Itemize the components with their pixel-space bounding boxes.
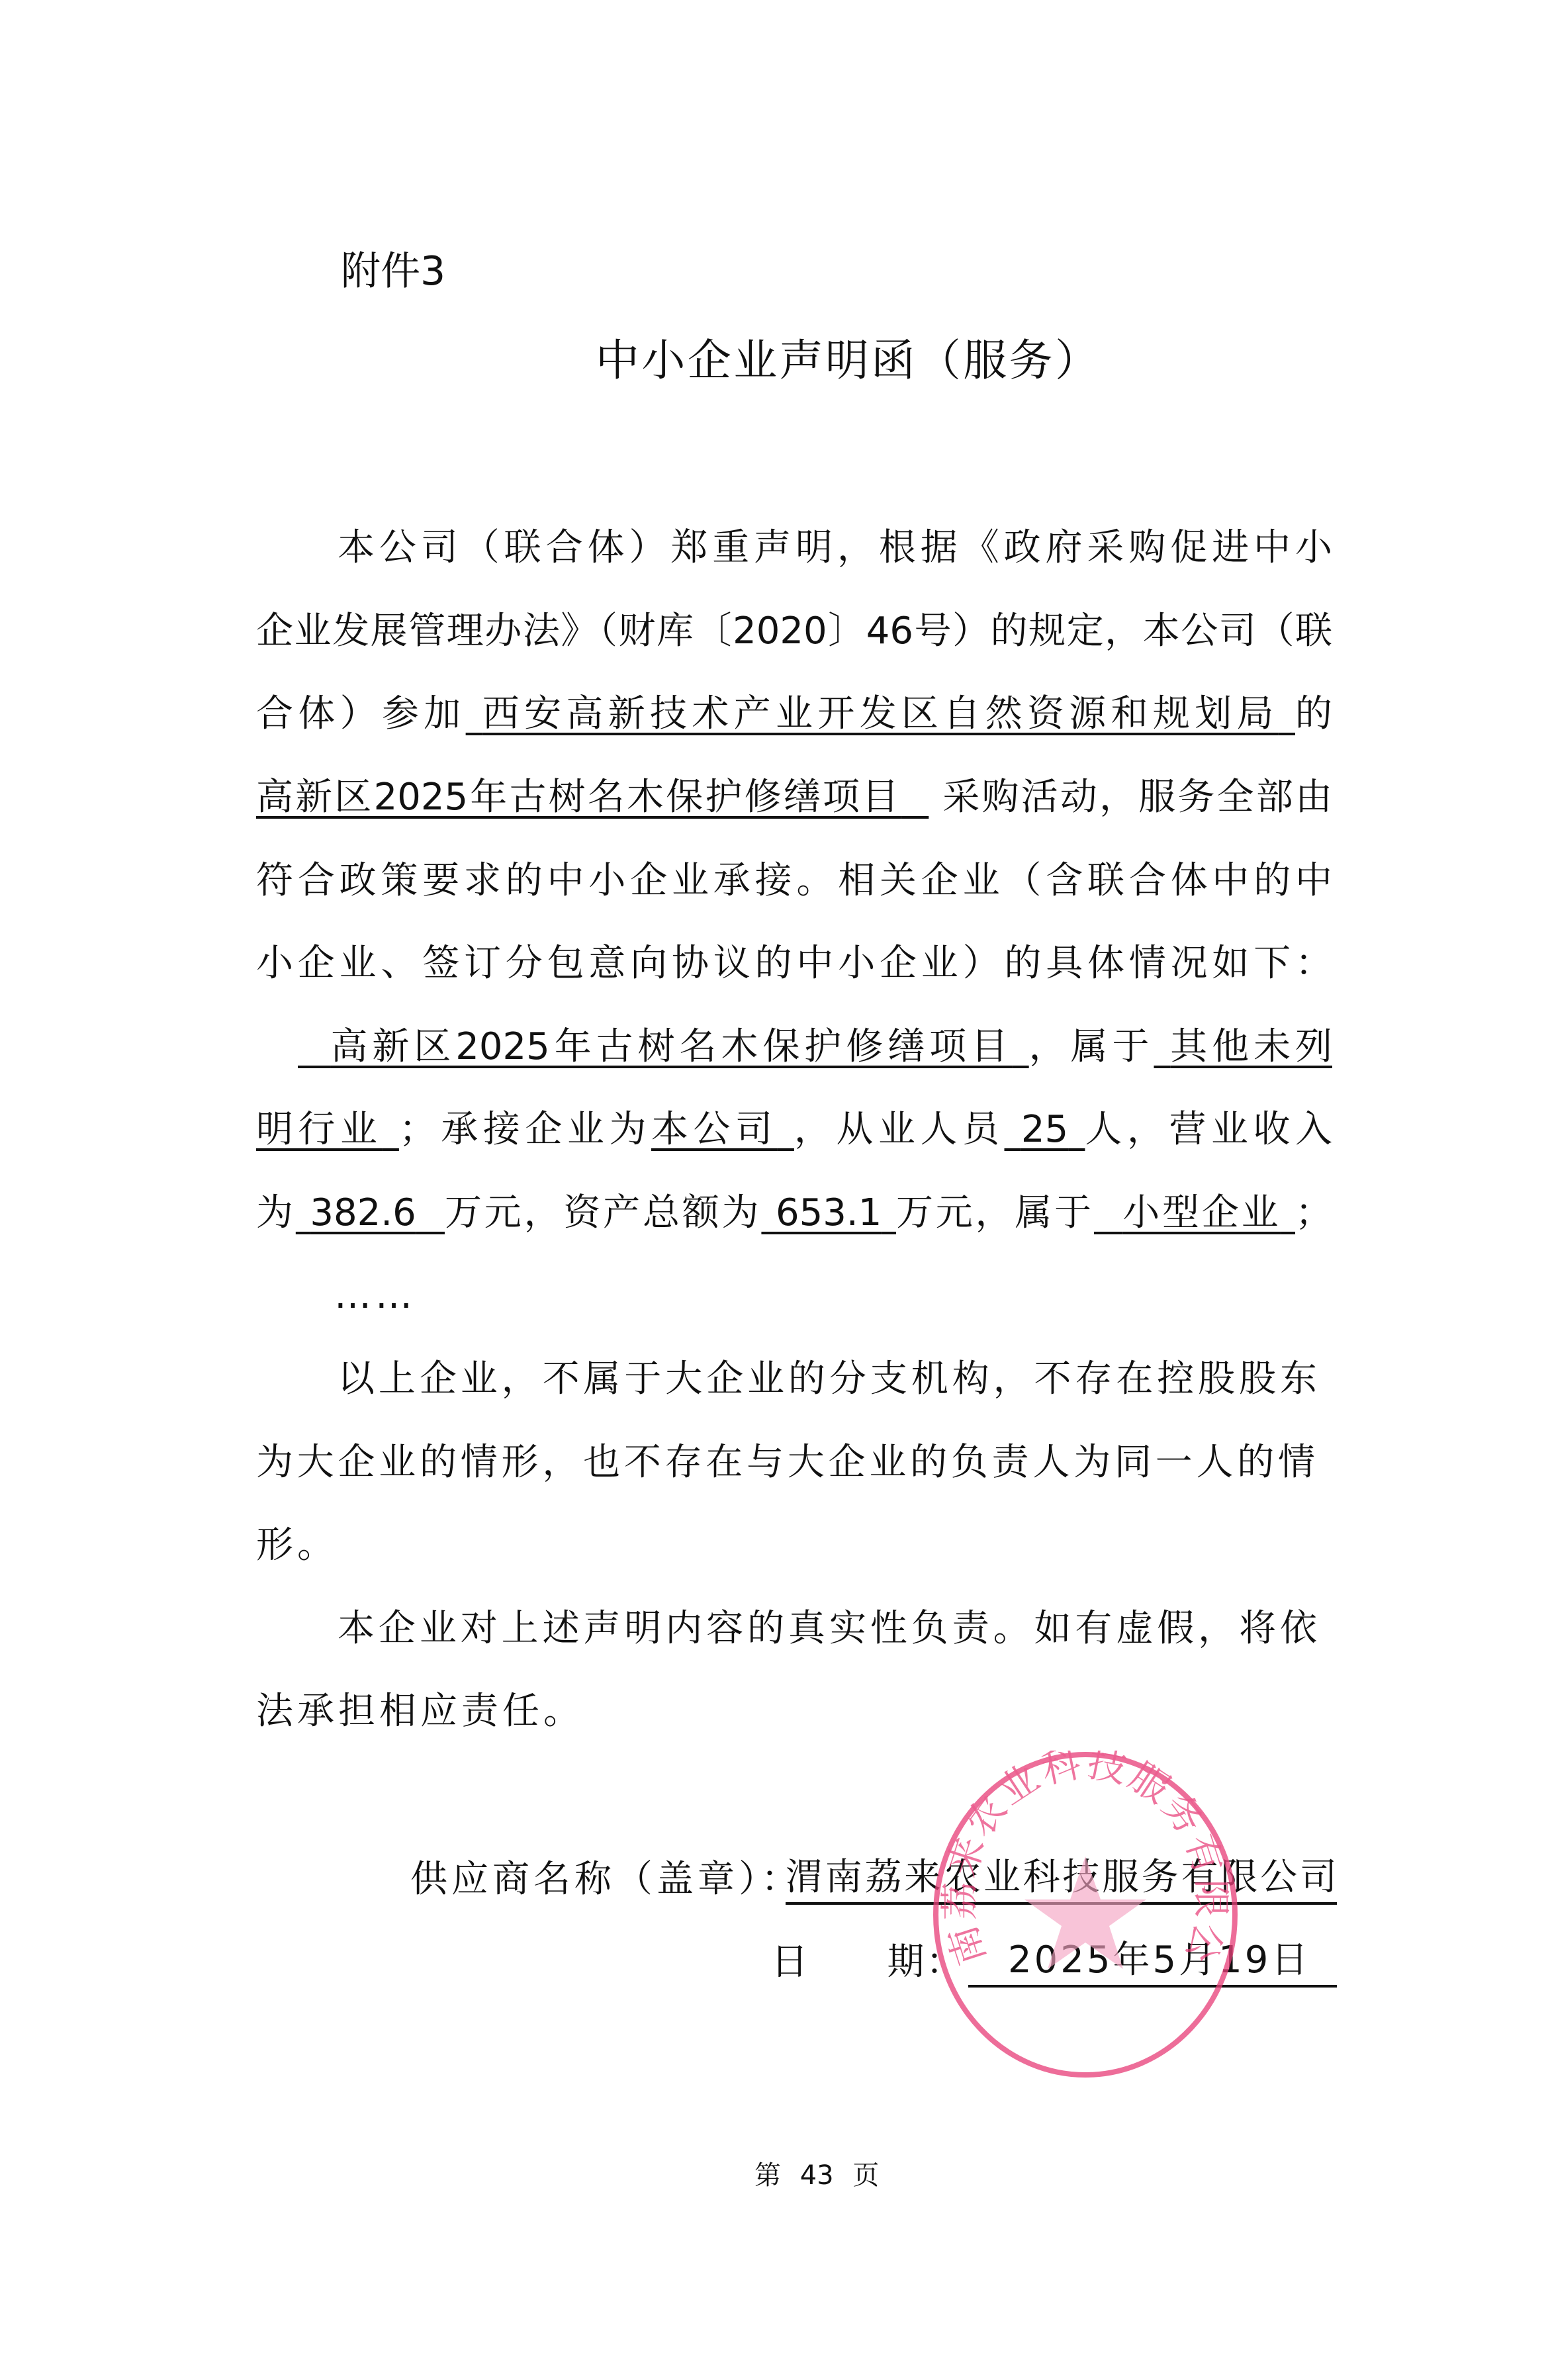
supplier-row: 供应商名称（盖章）： 渭南荔来农业科技服务有限公司 <box>0 1853 1546 1906</box>
company-seal-stamp: 渭南荔来农业科技服务有限公司 <box>930 1751 1241 2082</box>
text: 人，营业收入 <box>1085 1108 1332 1151</box>
industry-field: 其他未列 <box>1154 1025 1332 1068</box>
text: ； <box>1295 1191 1332 1234</box>
revenue-value: 382.6 <box>310 1191 416 1234</box>
text: ，从业人员 <box>794 1108 1005 1151</box>
annex-label: 附件3 <box>341 248 445 295</box>
date-value: 2025年5月19日 <box>968 1936 1337 1988</box>
industry-value: 其他未列 <box>1170 1025 1332 1068</box>
text: ；承接企业为 <box>399 1108 651 1151</box>
date-label: 日 期： <box>771 1936 963 1989</box>
contractor-field: 本公司 <box>651 1108 794 1151</box>
paragraph-1-line-1: 本公司（联合体）郑重声明，根据《政府采购促进中小 <box>338 522 1332 574</box>
project-name: 高新区2025年古树名木保护修缮项目 <box>256 776 901 819</box>
paragraph-3-line-1: 以上企业，不属于大企业的分支机构，不存在控股股东 <box>338 1353 1317 1406</box>
contractor-value: 本公司 <box>651 1108 778 1151</box>
paragraph-3-line-2: 为大企业的情形，也不存在与大企业的负责人为同一人的情 <box>256 1436 1315 1489</box>
project-name: 高新区2025年古树名木保护修缮项目 <box>330 1025 1012 1068</box>
paragraph-4-line-1: 本企业对上述声明内容的真实性负责。如有虚假，将依 <box>338 1602 1317 1655</box>
document-page: 附件3 中小企业声明函（服务） 本公司（联合体）郑重声明，根据《政府采购促进中小… <box>0 0 1546 2380</box>
text: 为 <box>256 1191 296 1234</box>
paragraph-1-line-5: 符合政策要求的中小企业承接。相关企业（含联合体中的中 <box>256 854 1332 907</box>
purchaser-name-field: 西安高新技术产业开发区自然资源和规划局 <box>466 692 1295 735</box>
enterprise-type-value: 小型企业 <box>1122 1191 1281 1234</box>
paragraph-2-line-2: 明行业 ；承接企业为本公司 ，从业人员 25 人，营业收入 <box>256 1103 1332 1156</box>
paragraph-2-line-1: 高新区2025年古树名木保护修缮项目 ，属于 其他未列 <box>298 1021 1332 1074</box>
page-title: 中小企业声明函（服务） <box>596 334 1099 387</box>
paragraph-1-line-2: 企业发展管理办法》（财库〔2020〕46号）的规定，本公司（联 <box>256 605 1332 658</box>
text: 万元，资产总额为 <box>445 1191 761 1234</box>
paragraph-4-line-2: 法承担相应责任。 <box>256 1685 1332 1738</box>
text: 的 <box>1295 692 1332 735</box>
employees-field: 25 <box>1005 1108 1085 1151</box>
text: 采购活动，服务全部由 <box>942 776 1332 819</box>
paragraph-3-line-3: 形。 <box>256 1519 1332 1572</box>
text: 合体）参加 <box>256 692 466 735</box>
industry-field: 明行业 <box>256 1108 399 1151</box>
text: 万元，属于 <box>896 1191 1094 1234</box>
project-name-field: 高新区2025年古树名木保护修缮项目 <box>298 1025 1029 1068</box>
industry-value: 明行业 <box>256 1108 383 1151</box>
assets-field: 653.1 <box>761 1191 896 1234</box>
project-name-field: 高新区2025年古树名木保护修缮项目 <box>256 776 929 819</box>
revenue-field: 382.6 <box>296 1191 445 1234</box>
paragraph-2-line-3: 为 382.6 万元，资产总额为 653.1 万元，属于 小型企业 ； <box>256 1187 1332 1240</box>
paragraph-1-line-4: 高新区2025年古树名木保护修缮项目 采购活动，服务全部由 <box>256 771 1332 824</box>
assets-value: 653.1 <box>776 1191 882 1234</box>
employees-value: 25 <box>1021 1108 1068 1151</box>
text: ，属于 <box>1029 1025 1154 1068</box>
supplier-name: 渭南荔来农业科技服务有限公司 <box>786 1853 1337 1905</box>
page-number: 第 43 页 <box>754 2159 879 2192</box>
enterprise-type-field: 小型企业 <box>1094 1191 1295 1234</box>
ellipsis: …… <box>334 1269 467 1322</box>
paragraph-1-line-3: 合体）参加 西安高新技术产业开发区自然资源和规划局 的 <box>256 688 1332 741</box>
purchaser-name: 西安高新技术产业开发区自然资源和规划局 <box>482 692 1279 735</box>
paragraph-1-line-6: 小企业、签订分包意向协议的中小企业）的具体情况如下： <box>256 937 1332 990</box>
supplier-label: 供应商名称（盖章）： <box>410 1853 802 1906</box>
date-row: 日 期： 2025年5月19日 <box>0 1936 1546 1989</box>
